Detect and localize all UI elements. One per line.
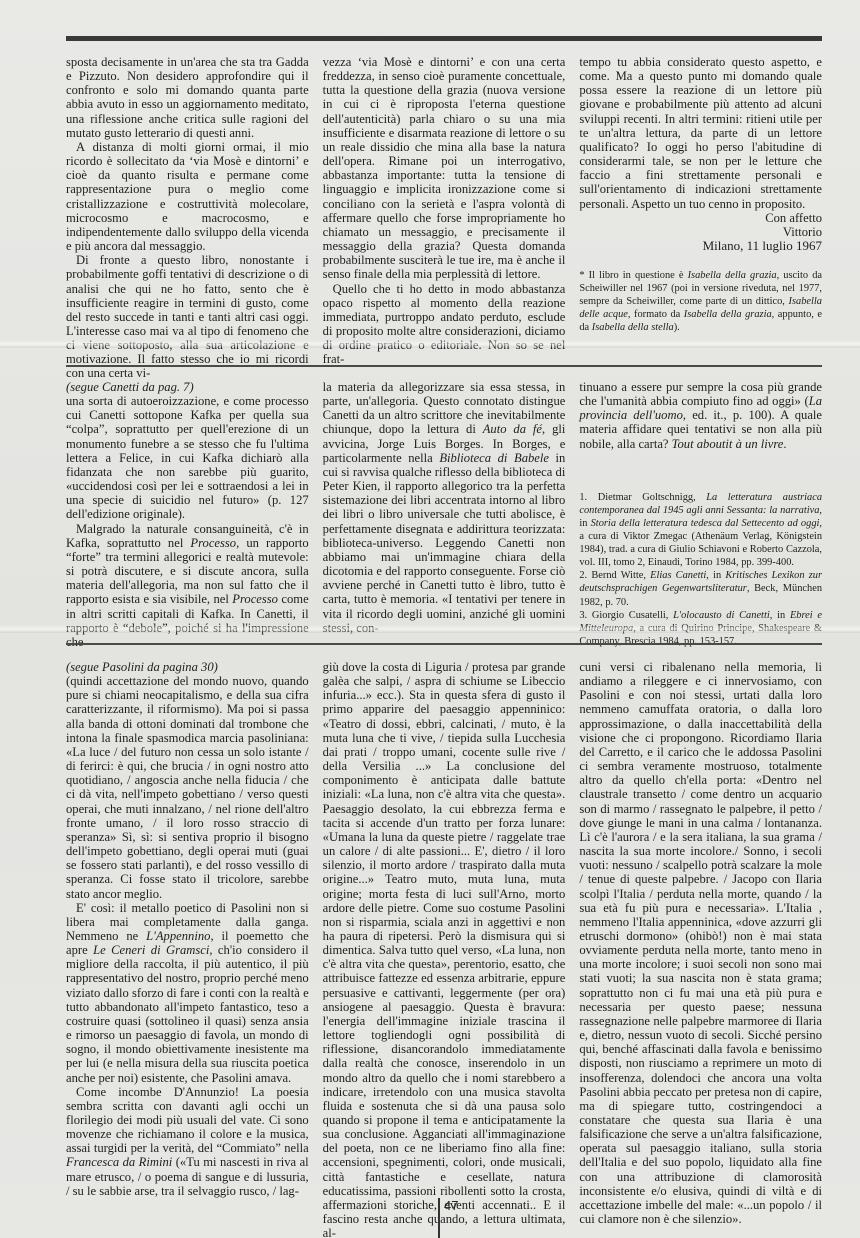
endnote: 2. Bernd Witte, Elias Canetti, in Kritis… (579, 569, 822, 608)
bottom-rule (66, 643, 822, 645)
book-title: Isabella della stella (592, 322, 674, 333)
middle-rule (66, 365, 822, 367)
paper-crease (0, 340, 860, 348)
footnote-text: , formato da (628, 309, 684, 320)
paragraph: Quello che ti ho detto in modo abbastanz… (323, 282, 566, 367)
text: 3. Giorgio Cusatelli, (579, 610, 673, 621)
endnote: 1. Dietmar Goltschnigg, La letteratura a… (579, 491, 822, 570)
book-title: Processo (232, 592, 278, 606)
paragraph: tinuano a essere pur sempre la cosa più … (579, 380, 822, 451)
paragraph: una sorta di autoeroizzazione, e come pr… (66, 394, 309, 521)
letter-closing: Con affetto (579, 211, 822, 225)
paragraph: sposta decisamente in un'area che sta tr… (66, 55, 309, 140)
letter-section: sposta decisamente in un'area che sta tr… (66, 55, 822, 381)
paragraph: cuni versi ci ribalenano nella memoria, … (579, 660, 822, 1226)
book-title: Isabella della grazia (688, 270, 777, 281)
letter-column-3: tempo tu abbia considerato questo aspett… (579, 55, 822, 381)
pasolini-column-1: (segue Pasolini da pagina 30) (quindi ac… (66, 660, 309, 1238)
footnote-text: ). (674, 322, 680, 333)
canetti-column-1: (segue Canetti da pag. 7) una sorta di a… (66, 380, 309, 649)
pasolini-column-3: cuni versi ci ribalenano nella memoria, … (579, 660, 822, 1238)
continued-from-label: (segue Canetti da pag. 7) (66, 380, 309, 394)
continued-from-label: (segue Pasolini da pagina 30) (66, 660, 309, 674)
paragraph: giù dove la costa di Liguria / protesa p… (323, 660, 566, 1238)
book-title: Auto da fé (483, 422, 542, 436)
quote-title: Tout aboutit à un livre (672, 437, 784, 451)
paragraph: Di fronte a questo libro, nonostante i p… (66, 253, 309, 380)
top-rule (66, 36, 822, 41)
paper-crease (0, 625, 860, 633)
footnote: * Il libro in questione è Isabella della… (579, 269, 822, 334)
paragraph: vezza ‘via Mosè e dintorni’ e con una ce… (323, 55, 566, 282)
book-title: Le Ceneri di Gramsci (93, 943, 209, 957)
book-title: Processo (190, 536, 236, 550)
text: 1. Dietmar Goltschnigg, (579, 492, 706, 503)
page-number: 47 (438, 1198, 458, 1238)
book-title: L'olocausto di Canetti (673, 610, 770, 621)
paragraph: (quindi accettazione del mondo nuovo, qu… (66, 674, 309, 901)
book-title: Storia della letteratura tedesca dal Set… (591, 518, 820, 529)
letter-column-1: sposta decisamente in un'area che sta tr… (66, 55, 309, 381)
paragraph: E' così: il metallo poetico di Pasolini … (66, 901, 309, 1085)
paragraph: la materia da allegorizzare sia essa ste… (323, 380, 566, 635)
canetti-column-2: la materia da allegorizzare sia essa ste… (323, 380, 566, 649)
text: , ch'io considero il migliore della racc… (66, 943, 309, 1084)
footnote-text: * Il libro in questione è (579, 270, 687, 281)
text: , in (706, 570, 725, 581)
canetti-column-3: tinuano a essere pur sempre la cosa più … (579, 380, 822, 649)
text: . (783, 437, 786, 451)
book-title: Biblioteca di Babele (439, 451, 549, 465)
book-title: Francesca da Rimini (66, 1155, 172, 1169)
paragraph: Come incombe D'Annunzio! La poesia sembr… (66, 1085, 309, 1198)
letter-signature: Vittorio (579, 225, 822, 239)
letter-column-2: vezza ‘via Mosè e dintorni’ e con una ce… (323, 55, 566, 381)
canetti-section: (segue Canetti da pag. 7) una sorta di a… (66, 380, 822, 649)
pasolini-column-2: giù dove la costa di Liguria / protesa p… (323, 660, 566, 1238)
text: Come incombe D'Annunzio! La poesia sembr… (66, 1085, 309, 1156)
letter-place-date: Milano, 11 luglio 1967 (579, 239, 822, 253)
book-title: L'Appennino (146, 929, 210, 943)
text: in cui si ravvisa qualche riflesso della… (323, 451, 566, 635)
text: , in (770, 610, 790, 621)
book-title: Elias Canetti (650, 570, 706, 581)
paragraph: tempo tu abbia considerato questo aspett… (579, 55, 822, 211)
pasolini-section: (segue Pasolini da pagina 30) (quindi ac… (66, 660, 822, 1238)
text: tinuano a essere pur sempre la cosa più … (579, 380, 822, 408)
book-title: Isabella della grazia (684, 309, 772, 320)
text: 2. Bernd Witte, (579, 570, 650, 581)
paragraph: A distanza di molti giorni ormai, il mio… (66, 140, 309, 253)
magazine-page: sposta decisamente in un'area che sta tr… (0, 0, 860, 1238)
